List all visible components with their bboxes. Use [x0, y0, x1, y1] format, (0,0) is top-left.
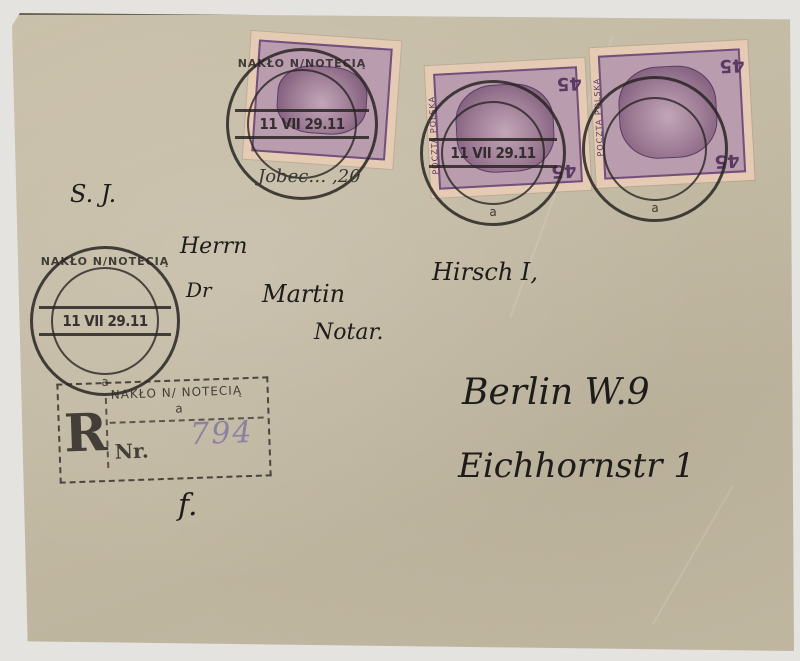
handwritten-street: Eichhornstr 1	[458, 446, 695, 486]
registration-town: NAKŁO N/ NOTECIĄ	[110, 383, 242, 402]
registration-label: R NAKŁO N/ NOTECIĄ a Nr. 794	[56, 376, 271, 483]
stamp-denomination: 45	[556, 72, 582, 94]
handwritten-profession: Notar.	[314, 320, 384, 345]
handwritten-mark: f.	[178, 488, 198, 523]
handwritten-title: Dr	[186, 278, 212, 302]
handwritten-city: Berlin W.9	[462, 372, 650, 413]
handwritten-stamp-note: Jobec… ,20	[258, 166, 361, 187]
postmark-date: 11 VII 29.11	[429, 138, 557, 168]
handwritten-initials: S. J.	[70, 180, 116, 208]
postmark-date: 11 VII 29.11	[235, 109, 369, 139]
handwritten-first-name: Martin	[262, 280, 345, 308]
postmark-town: NAKŁO N/NOTECIĄ	[229, 57, 375, 70]
postmark-town: NAKŁO N/NOTECIĄ	[33, 255, 177, 268]
handwritten-salutation: Herrn	[180, 234, 247, 259]
registration-number: 794	[190, 415, 254, 452]
registration-letter: R	[63, 398, 109, 469]
postmark: NAKŁO N/NOTECIĄ 11 VII 29.11 a	[30, 246, 180, 396]
postmark: 11 VII 29.11 a	[420, 80, 566, 226]
registration-sub: a	[175, 401, 183, 415]
postmark-inner-ring	[603, 97, 707, 201]
postmark: a	[582, 76, 728, 222]
postmark-sub: a	[423, 205, 563, 219]
registration-nr-label: Nr.	[114, 439, 149, 464]
postmark-sub: a	[585, 201, 725, 215]
paper-crease	[652, 485, 734, 625]
stamp-denomination: 45	[719, 54, 745, 76]
handwritten-last-name: Hirsch I,	[432, 258, 538, 286]
postmark-date: 11 VII 29.11	[39, 306, 171, 336]
